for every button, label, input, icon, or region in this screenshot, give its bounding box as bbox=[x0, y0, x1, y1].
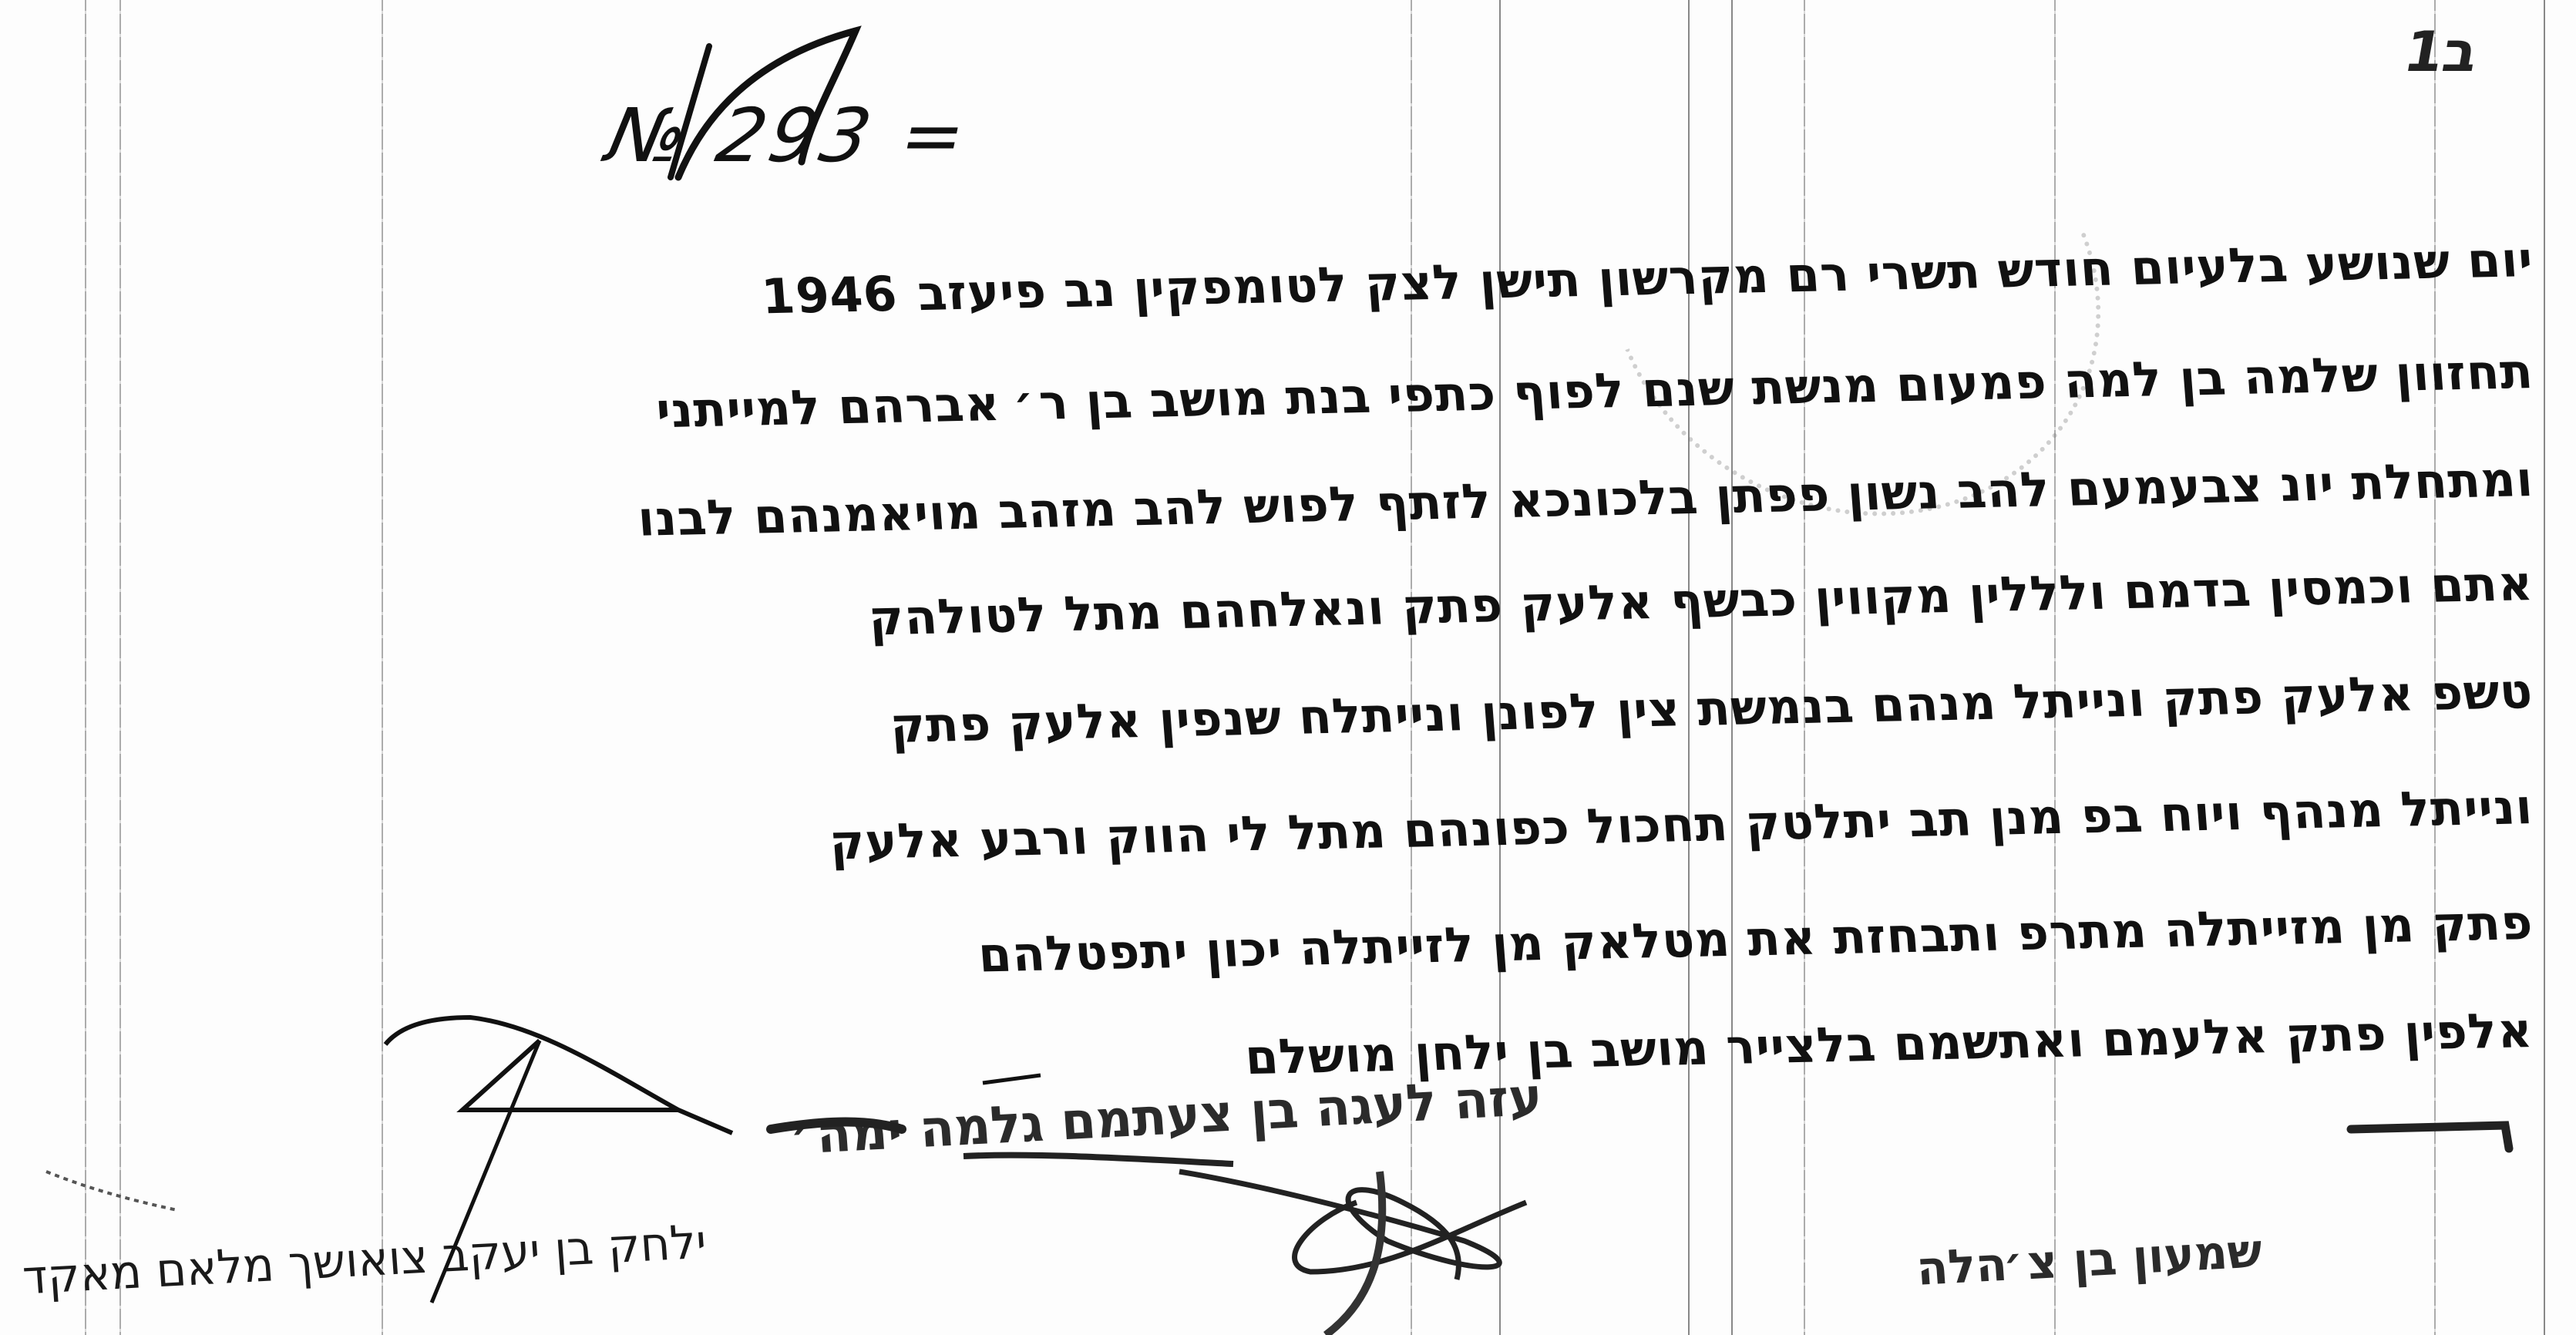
document-page: № 293 = 1ב יום שנושע בלעיום חודש תשרי רם… bbox=[0, 0, 2576, 1335]
signature-flourishes bbox=[0, 0, 2576, 1335]
